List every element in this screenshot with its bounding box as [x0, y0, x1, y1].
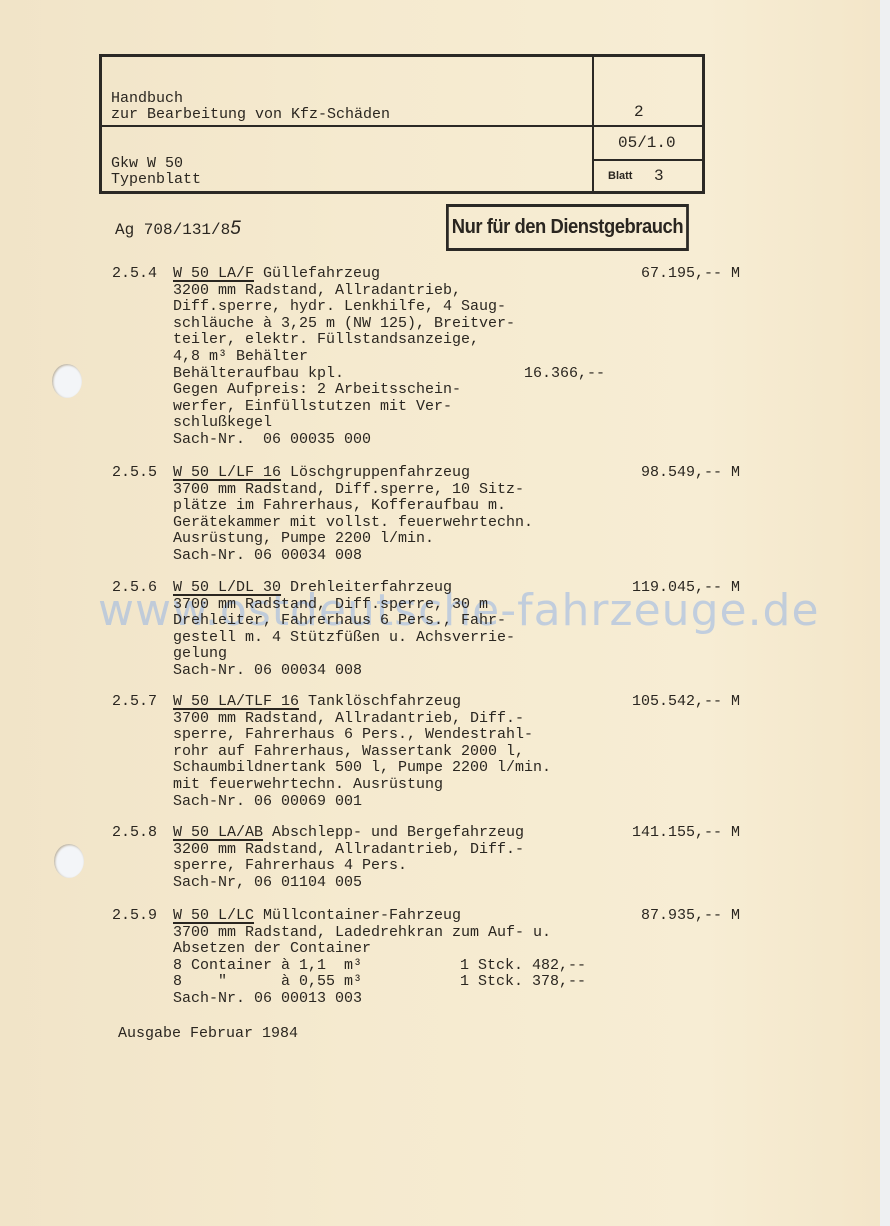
entry-price: 119.045,-- M	[600, 580, 740, 596]
header-box: Handbuch zur Bearbeitung von Kfz-Schäden…	[99, 54, 705, 194]
scan-edge	[880, 0, 890, 1226]
entry-model: W 50 LA/AB	[173, 824, 263, 841]
entry-heading: W 50 L/LF 16 Löschgruppenfahrzeug	[173, 465, 470, 481]
header-subject-line1: Gkw W 50	[111, 156, 183, 172]
entry-detail-line: Sach-Nr. 06 00034 008	[173, 663, 362, 679]
entry-number: 2.5.6	[112, 580, 157, 596]
entry-detail-line: Sach-Nr. 06 00034 008	[173, 548, 362, 564]
punch-hole	[52, 364, 82, 398]
entry-detail-line: 3700 mm Radstand, Diff.sperre, 30 m	[173, 597, 488, 613]
container-price: 1 Stck. 378,--	[460, 974, 586, 990]
entry-detail-line: 4,8 m³ Behälter	[173, 349, 308, 365]
entry-model: W 50 LA/TLF 16	[173, 693, 299, 710]
entry-heading: W 50 LA/TLF 16 Tanklöschfahrzeug	[173, 694, 461, 710]
entry-detail-line: gelung	[173, 646, 227, 662]
entry-detail-line: gestell m. 4 Stützfüßen u. Achsverrie-	[173, 630, 515, 646]
entry-price: 98.549,-- M	[600, 465, 740, 481]
entry-detail-line: Gerätekammer mit vollst. feuerwehrtechn.	[173, 515, 533, 531]
entry-heading: W 50 LA/AB Abschlepp- und Bergefahrzeug	[173, 825, 524, 841]
entry-detail-line: mit feuerwehrtechn. Ausrüstung	[173, 777, 443, 793]
edition-footer: Ausgabe Februar 1984	[118, 1025, 298, 1042]
entry-name: Güllefahrzeug	[254, 265, 380, 282]
container-price: 1 Stck. 482,--	[460, 958, 586, 974]
entry-number: 2.5.7	[112, 694, 157, 710]
entry-model: W 50 LA/F	[173, 265, 254, 282]
entry-detail-line: Sach-Nr, 06 01104 005	[173, 875, 362, 891]
header-subject-cell: Gkw W 50 Typenblatt	[102, 127, 594, 191]
entry-model: W 50 L/DL 30	[173, 579, 281, 596]
entry-name: Drehleiterfahrzeug	[281, 579, 452, 596]
entry-name: Tanklöschfahrzeug	[299, 693, 461, 710]
entry-heading: W 50 L/DL 30 Drehleiterfahrzeug	[173, 580, 452, 596]
header-title-line1: Handbuch	[111, 91, 183, 107]
entry-price: 87.935,-- M	[600, 908, 740, 924]
entry-number: 2.5.5	[112, 465, 157, 481]
entry-detail-line: 8 " à 0,55 m³	[173, 974, 362, 990]
entry-detail-line: 3200 mm Radstand, Allradantrieb,	[173, 283, 461, 299]
header-subject-line2: Typenblatt	[111, 172, 201, 188]
reference-typed: Ag 708/131/8	[115, 221, 230, 239]
entry-name: Abschlepp- und Bergefahrzeug	[263, 824, 524, 841]
entry-price: 105.542,-- M	[600, 694, 740, 710]
entry-detail-line: Drehleiter, Fahrerhaus 6 Pers., Fahr-	[173, 613, 506, 629]
entry-detail-line: 3700 mm Radstand, Allradantrieb, Diff.-	[173, 711, 524, 727]
entry-model: W 50 L/LC	[173, 907, 254, 924]
entry-detail-line: sperre, Fahrerhaus 6 Pers., Wendestrahl-	[173, 727, 533, 743]
sheet-cell: Blatt 3	[594, 161, 702, 191]
punch-hole	[54, 844, 84, 878]
entry-sub-price: 16.366,--	[480, 366, 605, 382]
entry-detail-line: Ausrüstung, Pumpe 2200 l/min.	[173, 531, 434, 547]
entry-detail-line: Gegen Aufpreis: 2 Arbeitsschein-	[173, 382, 461, 398]
entry-detail-line: Sach-Nr. 06 00069 001	[173, 794, 362, 810]
entry-number: 2.5.4	[112, 266, 157, 282]
entry-detail-line: plätze im Fahrerhaus, Kofferaufbau m.	[173, 498, 506, 514]
entry-detail-line: teiler, elektr. Füllstandsanzeige,	[173, 332, 479, 348]
entry-price: 141.155,-- M	[600, 825, 740, 841]
entry-model: W 50 L/LF 16	[173, 464, 281, 481]
header-title-line2: zur Bearbeitung von Kfz-Schäden	[111, 107, 390, 123]
entry-detail-line: Sach-Nr. 06 00013 003	[173, 991, 362, 1007]
entry-name: Müllcontainer-Fahrzeug	[254, 907, 461, 924]
reference-number: Ag 708/131/85	[115, 218, 241, 240]
header-title-cell: Handbuch zur Bearbeitung von Kfz-Schäden	[102, 57, 594, 127]
document-code: 05/1.0	[618, 135, 676, 151]
entry-detail-line: Diff.sperre, hydr. Lenkhilfe, 4 Saug-	[173, 299, 506, 315]
entry-heading: W 50 L/LC Müllcontainer-Fahrzeug	[173, 908, 461, 924]
restriction-stamp: Nur für den Dienstgebrauch	[446, 204, 689, 251]
sheet-label: Blatt	[608, 170, 632, 182]
entry-detail-line: 3200 mm Radstand, Allradantrieb, Diff.-	[173, 842, 524, 858]
sheet-number: 3	[654, 168, 664, 184]
reference-handwritten: 5	[230, 218, 241, 239]
entry-price: 67.195,-- M	[600, 266, 740, 282]
entry-detail-line: Behälteraufbau kpl.	[173, 366, 344, 382]
entry-detail-line: schlußkegel	[173, 415, 272, 431]
entry-number: 2.5.9	[112, 908, 157, 924]
section-number-cell: 2	[594, 57, 702, 127]
entry-detail-line: werfer, Einfüllstutzen mit Ver-	[173, 399, 452, 415]
entry-detail-line: 8 Container à 1,1 m³	[173, 958, 362, 974]
entry-detail-line: 3700 mm Radstand, Ladedrehkran zum Auf- …	[173, 925, 551, 941]
entry-heading: W 50 LA/F Güllefahrzeug	[173, 266, 380, 282]
section-number: 2	[634, 104, 644, 120]
entry-number: 2.5.8	[112, 825, 157, 841]
entry-detail-line: rohr auf Fahrerhaus, Wassertank 2000 l,	[173, 744, 524, 760]
entry-detail-line: sperre, Fahrerhaus 4 Pers.	[173, 858, 407, 874]
entry-detail-line: schläuche à 3,25 m (NW 125), Breitver-	[173, 316, 515, 332]
entry-detail-line: Sach-Nr. 06 00035 000	[173, 432, 371, 448]
entry-detail-line: Absetzen der Container	[173, 941, 371, 957]
entry-detail-line: Schaumbildnertank 500 l, Pumpe 2200 l/mi…	[173, 760, 551, 776]
entry-detail-line: 3700 mm Radstand, Diff.sperre, 10 Sitz-	[173, 482, 524, 498]
entry-name: Löschgruppenfahrzeug	[281, 464, 470, 481]
code-cell: 05/1.0	[594, 127, 702, 161]
